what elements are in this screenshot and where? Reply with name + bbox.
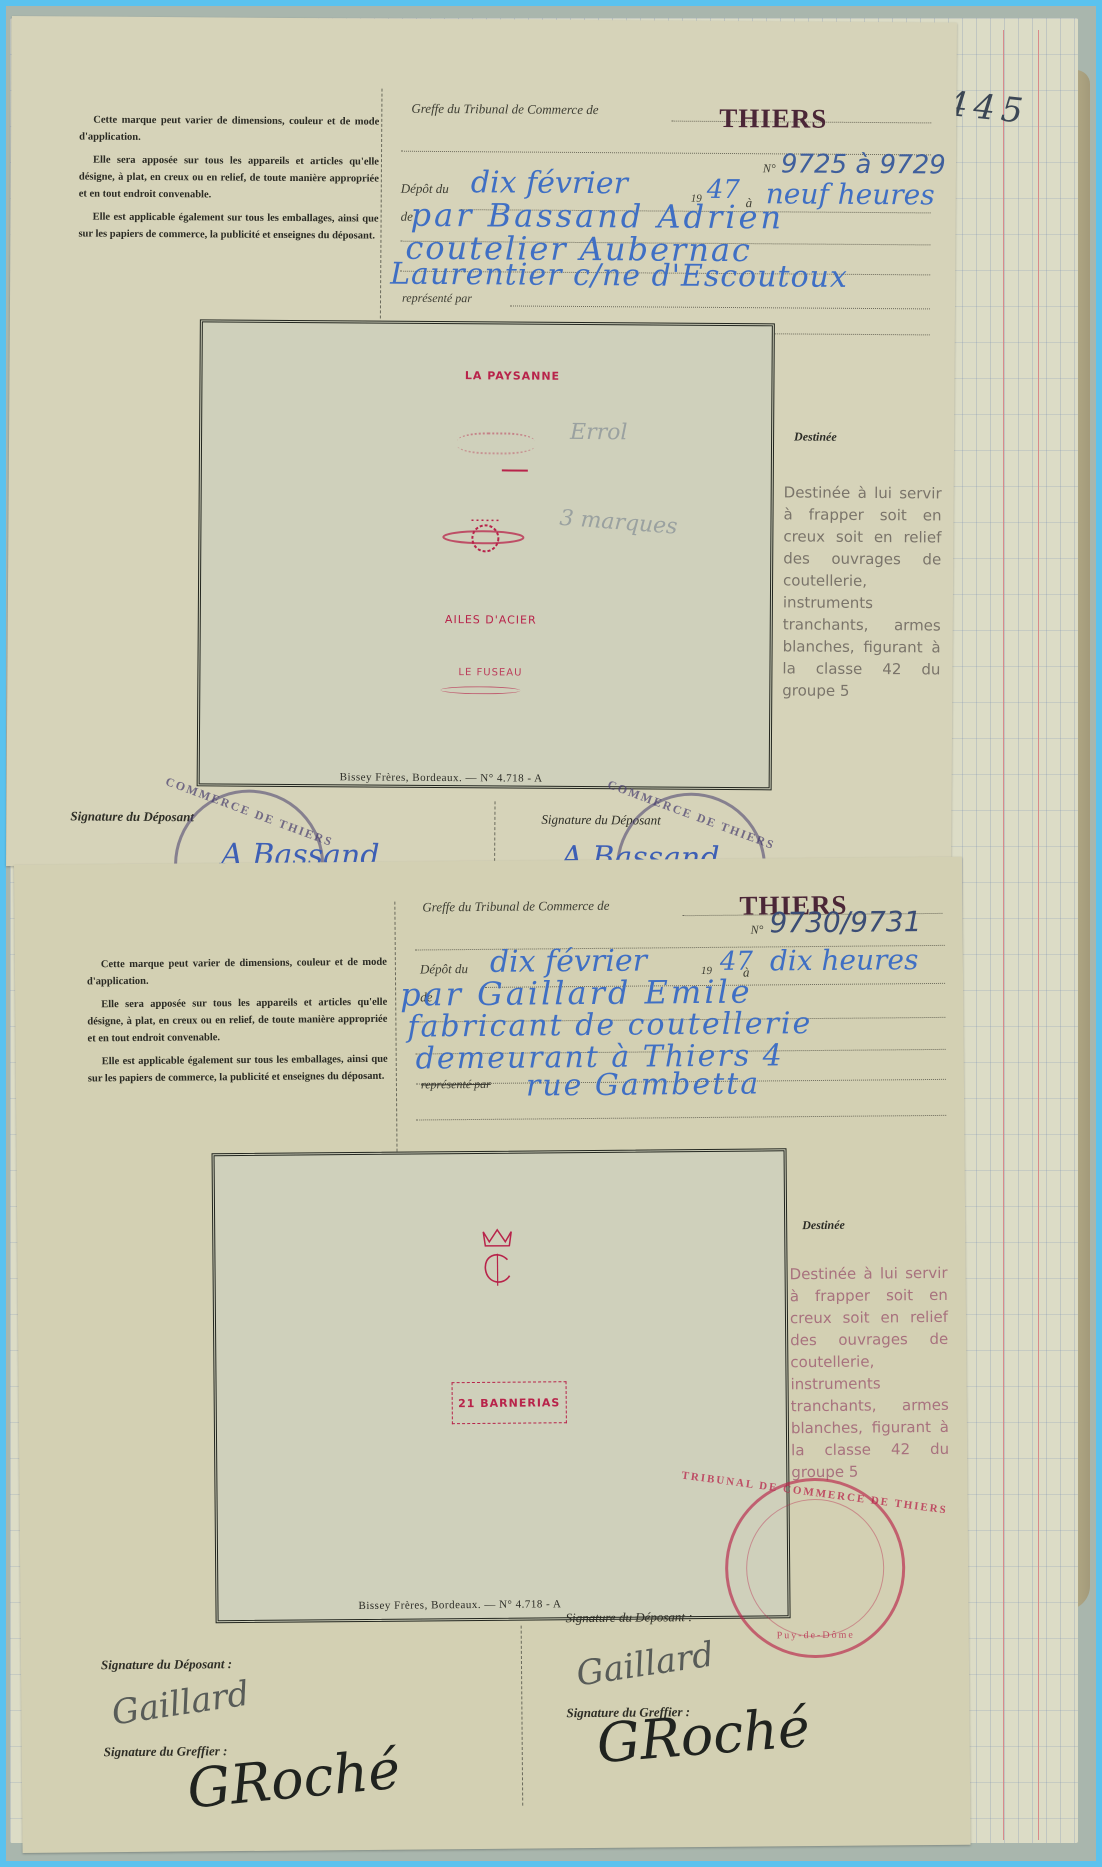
seal-text-bottom: Puy-de-Dôme [777,1630,855,1642]
notice-paragraph: Cette marque peut varier de dimensions, … [87,954,387,991]
tribunal-seal: TRIBUNAL DE COMMERCE DE THIERS Puy-de-Dô… [724,1477,906,1659]
ledger-margin-line [1003,30,1004,1840]
deposant-signature-label: Signature du Déposant : [101,1656,232,1673]
depositor-line: rue Gambetta [526,1066,761,1103]
deposit-number: 9725 à 9729 [781,149,946,180]
deposant-signature: Gaillard [109,1674,252,1734]
destinee-title: Destinée [802,1218,845,1233]
number-label: N° [751,922,764,937]
page-number: 445 [944,84,1031,132]
depot-time: neuf heures [766,177,935,211]
printer-imprint: Bissey Frères, Bordeaux. — N° 4.718 - A [358,1598,561,1612]
destinee-title: Destinée [794,429,837,444]
trademark-ailes-dacier: AILES D'ACIER [426,613,556,627]
pencil-note: 3 marques [559,506,679,540]
column-divider [394,902,397,1152]
trademark-la-paysanne: LA PAYSANNE [442,369,582,383]
trademark-winged-emblem [441,512,526,563]
deposant-signature-label-right: Signature du Déposant : [566,1609,693,1626]
deposant-signature-label: Signature du Déposant [70,808,194,825]
notice-text: Cette marque peut varier de dimensions, … [87,954,388,1094]
notice-paragraph: Elle sera apposée sur tous les appareils… [79,151,379,204]
trademark-le-fuseau: LE FUSEAU [425,667,555,679]
trademark-impression-box: LA PAYSANNE AILES D'ACIER LE FUSEAU Erro… [197,319,775,790]
printer-imprint: Bissey Frères, Bordeaux. — N° 4.718 - A [340,771,543,784]
trademark-emblem-faint [457,432,535,455]
depot-label: Dépôt du [401,181,449,197]
depositor-line: Laurentier c/ne d'Escoutoux [390,257,848,295]
dotted-rule [510,305,930,309]
spindle-icon [440,686,520,695]
number-label: N° [763,161,776,176]
represente-label: représenté par [421,1077,491,1093]
notice-paragraph: Elle est applicable également sur tous l… [78,208,378,244]
notice-paragraph: Elle sera apposée sur tous les appareils… [87,994,387,1048]
city-stamp: THIERS [719,103,827,135]
column-divider [380,89,383,334]
depot-time: dix heures [770,943,919,977]
deposant-signature-right: Gaillard [574,1635,717,1695]
destinee-text: Destinée à lui servir à frapper soit en … [790,1262,950,1483]
trademark-impression-box: 21 BARNERIAS Bissey Frères, Bordeaux. — … [212,1148,791,1623]
destinee-text: Destinée à lui servir à frapper soit en … [782,481,942,702]
notice-text: Cette marque peut varier de dimensions, … [78,111,379,250]
crowned-monogram-icon [477,1224,518,1294]
column-divider [521,1626,524,1806]
pencil-note: Errol [570,420,628,445]
trademark-label: 21 BARNERIAS [458,1396,560,1410]
seal-inner-ring [746,1498,885,1637]
trademark-form-1: Cette marque peut varier de dimensions, … [6,16,957,873]
deposit-number: 9730/9731 [769,905,921,939]
notice-paragraph: Cette marque peut varier de dimensions, … [79,111,379,147]
greffe-label: Greffe du Tribunal de Commerce de [411,101,598,118]
ledger-margin-line [1038,30,1039,1840]
represente-label: représenté par [402,291,472,306]
greffe-label: Greffe du Tribunal de Commerce de [422,898,609,916]
trademark-dash [502,469,528,471]
dotted-rule [416,1115,946,1121]
notice-paragraph: Elle est applicable également sur tous l… [88,1051,388,1088]
trademark-21-barnerias: 21 BARNERIAS [452,1381,567,1424]
trademark-form-2: Cette marque peut varier de dimensions, … [14,857,971,1853]
